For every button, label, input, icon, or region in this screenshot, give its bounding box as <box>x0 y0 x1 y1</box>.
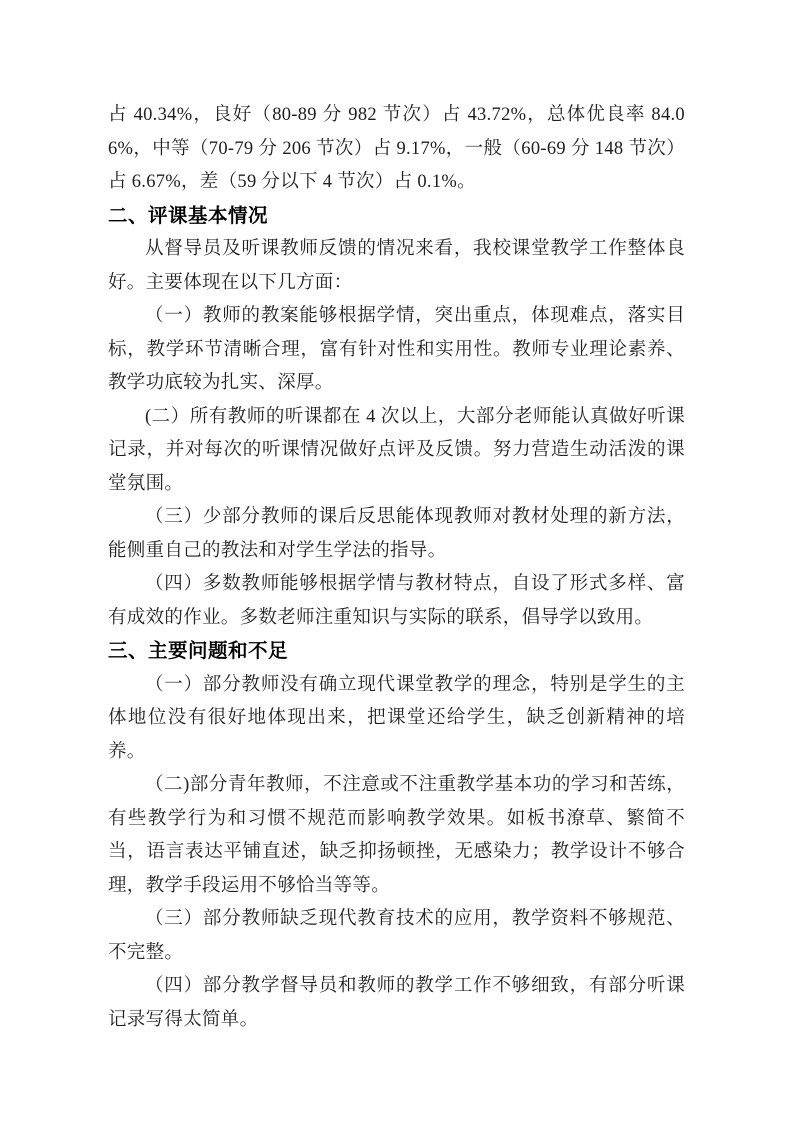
body-paragraph: （三）部分教师缺乏现代教育技术的应用，教学资料不够规范、不完整。 <box>108 903 685 970</box>
body-paragraph: （四）多数教师能够根据学情与教材特点，自设了形式多样、富有成效的作业。多数老师注… <box>108 568 685 635</box>
body-paragraph: （一）教师的教案能够根据学情，突出重点，体现难点，落实目标，教学环节清晰合理，富… <box>108 300 685 401</box>
section-heading: 三、主要问题和不足 <box>108 635 685 669</box>
body-paragraph: (二）所有教师的听课都在 4 次以上，大部分老师能认真做好听课记录，并对每次的听… <box>108 401 685 502</box>
document-body: 占 40.34%，良好（80-89 分 982 节次）占 43.72%，总体优良… <box>108 99 685 1037</box>
body-paragraph: （三）少部分教师的课后反思能体现教师对教材处理的新方法，能侧重自己的教法和对学生… <box>108 501 685 568</box>
document-page: 占 40.34%，良好（80-89 分 982 节次）占 43.72%，总体优良… <box>0 0 793 1122</box>
body-paragraph: 占 40.34%，良好（80-89 分 982 节次）占 43.72%，总体优良… <box>108 99 685 200</box>
body-paragraph: （一）部分教师没有确立现代课堂教学的理念，特别是学生的主体地位没有很好地体现出来… <box>108 669 685 770</box>
body-paragraph: （二)部分青年教师，不注意或不注重教学基本功的学习和苦练，有些教学行为和习惯不规… <box>108 769 685 903</box>
section-heading: 二、评课基本情况 <box>108 200 685 234</box>
body-paragraph: （四）部分教学督导员和教师的教学工作不够细致，有部分听课记录写得太简单。 <box>108 970 685 1037</box>
body-paragraph: 从督导员及听课教师反馈的情况来看，我校课堂教学工作整体良好。主要体现在以下几方面… <box>108 233 685 300</box>
